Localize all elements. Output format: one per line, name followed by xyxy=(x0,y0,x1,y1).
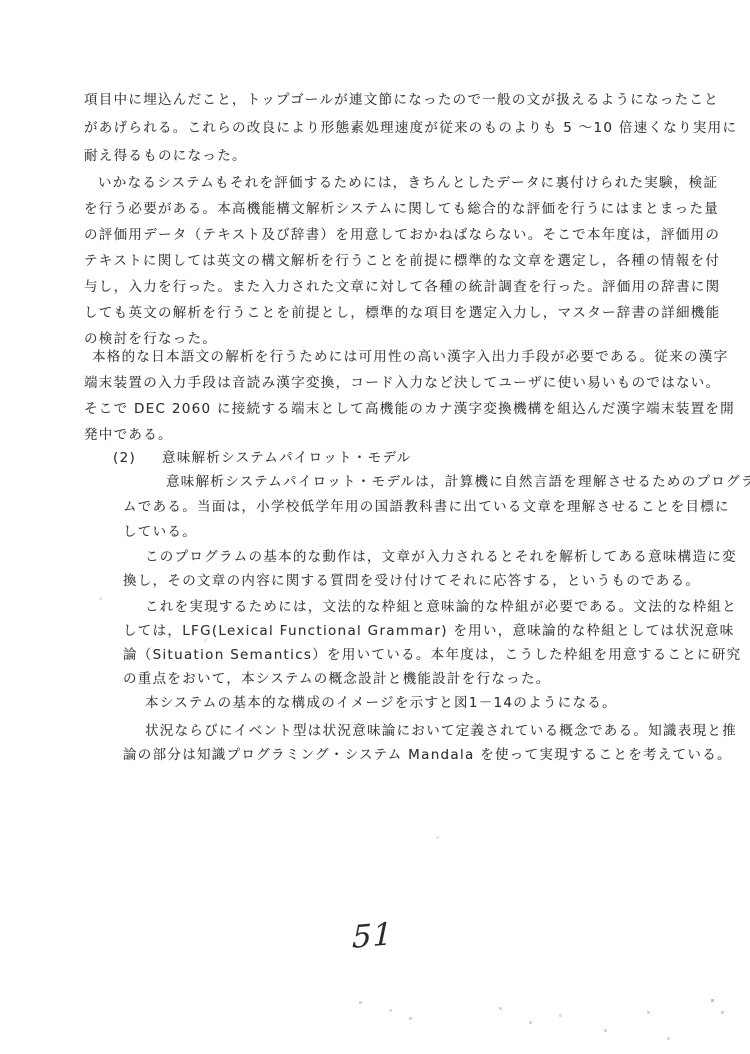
text-line: があげられる。これらの改良により形態素処理速度が従来のものよりも 5 ～10 倍… xyxy=(84,114,737,142)
text-line: を行う必要がある。本高機能構文解析システムに関しても総合的な評価を行うにはまとま… xyxy=(84,196,720,222)
handwritten-page-number: 51 xyxy=(352,916,394,956)
text-line: 意味解析システムパイロット・モデルは，計算機に自然言語を理解させるためのプログラ xyxy=(123,470,750,495)
text-line: 本格的な日本語文の解析を行うためには可用性の高い漢字入出力手段が必要である。従来… xyxy=(84,344,735,370)
text-line: 論の部分は知識プログラミング・システム Mandala を使って実現することを考… xyxy=(123,743,737,767)
paragraph-kanji-terminal: 本格的な日本語文の解析を行うためには可用性の高い漢字入出力手段が必要である。従来… xyxy=(84,344,735,448)
paragraph-evaluation-data: いかなるシステムもそれを評価するためには，きちんとしたデータに裏付けられた実験，… xyxy=(84,170,720,352)
text-line: している。 xyxy=(123,520,750,545)
section-number: (2) xyxy=(113,446,136,470)
scan-noise-speckles xyxy=(0,0,1,1)
text-line: 発中である。 xyxy=(84,422,735,448)
scanned-document-page: 項目中に埋込んだこと，トップゴールが連文節になったので一般の文が扱えるようになっ… xyxy=(0,0,750,1054)
text-line: このプログラムの基本的な動作は，文章が入力されるとそれを解析してある意味構造に変 xyxy=(123,545,737,569)
text-line: ムである。当面は，小学校低学年用の国語教科書に出ている文章を理解させることを目標… xyxy=(123,495,750,520)
text-line: の評価用データ（テキスト及び辞書）を用意しておかねばならない。そこで本年度は，評… xyxy=(84,222,720,248)
text-line: 耐え得るものになった。 xyxy=(84,142,737,170)
text-line: しても英文の解析を行うことを前提とし，標準的な項目を選定入力し，マスター辞書の詳… xyxy=(84,300,720,326)
paragraph-pilot-model-intro: 意味解析システムパイロット・モデルは，計算機に自然言語を理解させるためのプログラ… xyxy=(123,470,750,545)
paragraph-mandala: 状況ならびにイベント型は状況意味論において定義されている概念である。知識表現と推… xyxy=(123,719,737,767)
text-line: 換し，その文章の内容に関する質問を受け付けてそれに応答する，というものである。 xyxy=(123,569,737,593)
text-line: 与し，入力を行った。また入力された文章に対して各種の統計調査を行った。評価用の辞… xyxy=(84,274,720,300)
paragraph-program-behavior: このプログラムの基本的な動作は，文章が入力されるとそれを解析してある意味構造に変… xyxy=(123,545,737,593)
section-title: 意味解析システムパイロット・モデル xyxy=(162,446,411,470)
text-line: 端末装置の入力手段は音読み漢字変換，コード入力など決してユーザに使い易いものでは… xyxy=(84,370,735,396)
paragraph-morphology-improvements: 項目中に埋込んだこと，トップゴールが連文節になったので一般の文が扱えるようになっ… xyxy=(84,86,737,170)
text-line: 論（Situation Semantics）を用いている。本年度は，こうした枠組… xyxy=(123,643,741,667)
text-line: 状況ならびにイベント型は状況意味論において定義されている概念である。知識表現と推 xyxy=(123,719,737,743)
text-line: いかなるシステムもそれを評価するためには，きちんとしたデータに裏付けられた実験，… xyxy=(84,170,720,196)
text-line: 項目中に埋込んだこと，トップゴールが連文節になったので一般の文が扱えるようになっ… xyxy=(84,86,737,114)
text-line: 本システムの基本的な構成のイメージを示すと図1－14のようになる。 xyxy=(123,691,617,715)
text-line: しては，LFG(Lexical Functional Grammar) を用い，… xyxy=(123,619,741,643)
paragraph-lfg-situation-semantics: これを実現するためには，文法的な枠組と意味論的な枠組が必要である。文法的な枠組と… xyxy=(123,595,741,691)
text-line: これを実現するためには，文法的な枠組と意味論的な枠組が必要である。文法的な枠組と xyxy=(123,595,741,619)
text-line: テキストに関しては英文の構文解析を行うことを前提に標準的な文章を選定し，各種の情… xyxy=(84,248,720,274)
paragraph-figure-reference: 本システムの基本的な構成のイメージを示すと図1－14のようになる。 xyxy=(123,691,617,715)
section-heading-semantic-analysis: (2) 意味解析システムパイロット・モデル xyxy=(113,446,411,470)
text-line: の重点をおいて，本システムの概念設計と機能設計を行なった。 xyxy=(123,667,741,691)
text-line: そこで DEC 2060 に接続する端末として高機能のカナ漢字変換機構を組込んだ… xyxy=(84,396,735,422)
